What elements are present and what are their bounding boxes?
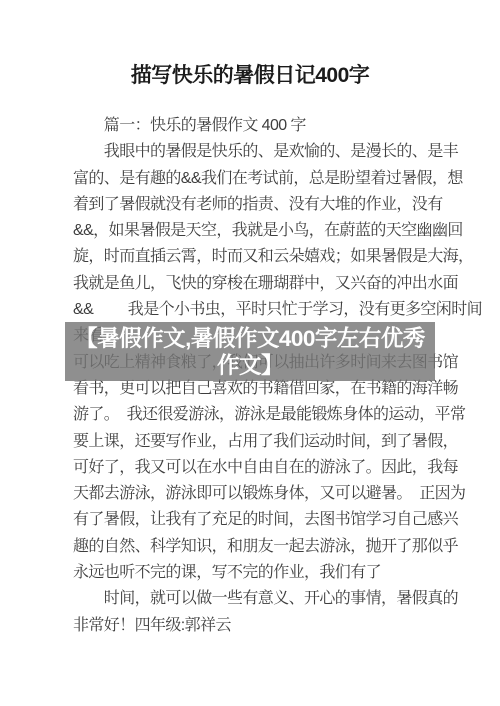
article-line: 我就是鱼儿，飞快的穿梭在珊瑚群中，又兴奋的冲出水面 xyxy=(73,271,477,297)
article-line: 旋，时而直插云霄，时而又和云朵嬉戏；如果暑假是大海， xyxy=(73,244,477,270)
article-line: 可好了，我又可以在水中自由自在的游泳了。因此，我每 xyxy=(73,455,477,481)
watermark-line-1: 【暑假作文,暑假作文400字左右优秀 xyxy=(75,325,425,352)
watermark-line-2: 作文】 xyxy=(75,352,425,379)
article-line: 篇一：快乐的暑假作文 400 字 xyxy=(73,113,477,139)
article-line: 非常好！四年级:郭祥云 xyxy=(73,613,477,639)
article-line: 有了暑假，让我有了充足的时间，去图书馆学习自己感兴 xyxy=(73,507,477,533)
article-line: 富的、是有趣的&&我们在考试前，总是盼望着过暑假，想 xyxy=(73,166,477,192)
article-line: 我眼中的暑假是快乐的、是欢愉的、是漫长的、是丰 xyxy=(73,139,477,165)
article-title: 描写快乐的暑假日记400字 xyxy=(0,59,500,89)
article-line: 趣的自然、科学知识，和朋友一起去游泳，抛开了那似乎 xyxy=(73,534,477,560)
document-page: 描写快乐的暑假日记400字 篇一：快乐的暑假作文 400 字 我眼中的暑假是快乐… xyxy=(0,0,500,706)
article-line: 游了。 我还很爱游泳，游泳是最能锻炼身体的运动，平常 xyxy=(73,402,477,428)
watermark-overlay: 【暑假作文,暑假作文400字左右优秀 作文】 xyxy=(65,322,435,381)
watermark-text: 【暑假作文,暑假作文400字左右优秀 作文】 xyxy=(75,325,425,379)
article-line: 时间，就可以做一些有意义、开心的事情，暑假真的 xyxy=(73,586,477,612)
article-line: 天都去游泳，游泳即可以锻炼身体，又可以避暑。 正因为 xyxy=(73,481,477,507)
article-line: && 我是个小书虫，平时只忙于学习，没有更多空闲时间 xyxy=(73,297,477,323)
article-line: &&，如果暑假是天空，我就是小鸟，在蔚蓝的天空幽幽回 xyxy=(73,218,477,244)
article-line: 要上课，还要写作业，占用了我们运动时间，到了暑假， xyxy=(73,429,477,455)
article-line: 着到了暑假就没有老师的指责、没有大堆的作业，没有 xyxy=(73,192,477,218)
article-line: 永远也听不完的课，写不完的作业，我们有了 xyxy=(73,560,477,586)
